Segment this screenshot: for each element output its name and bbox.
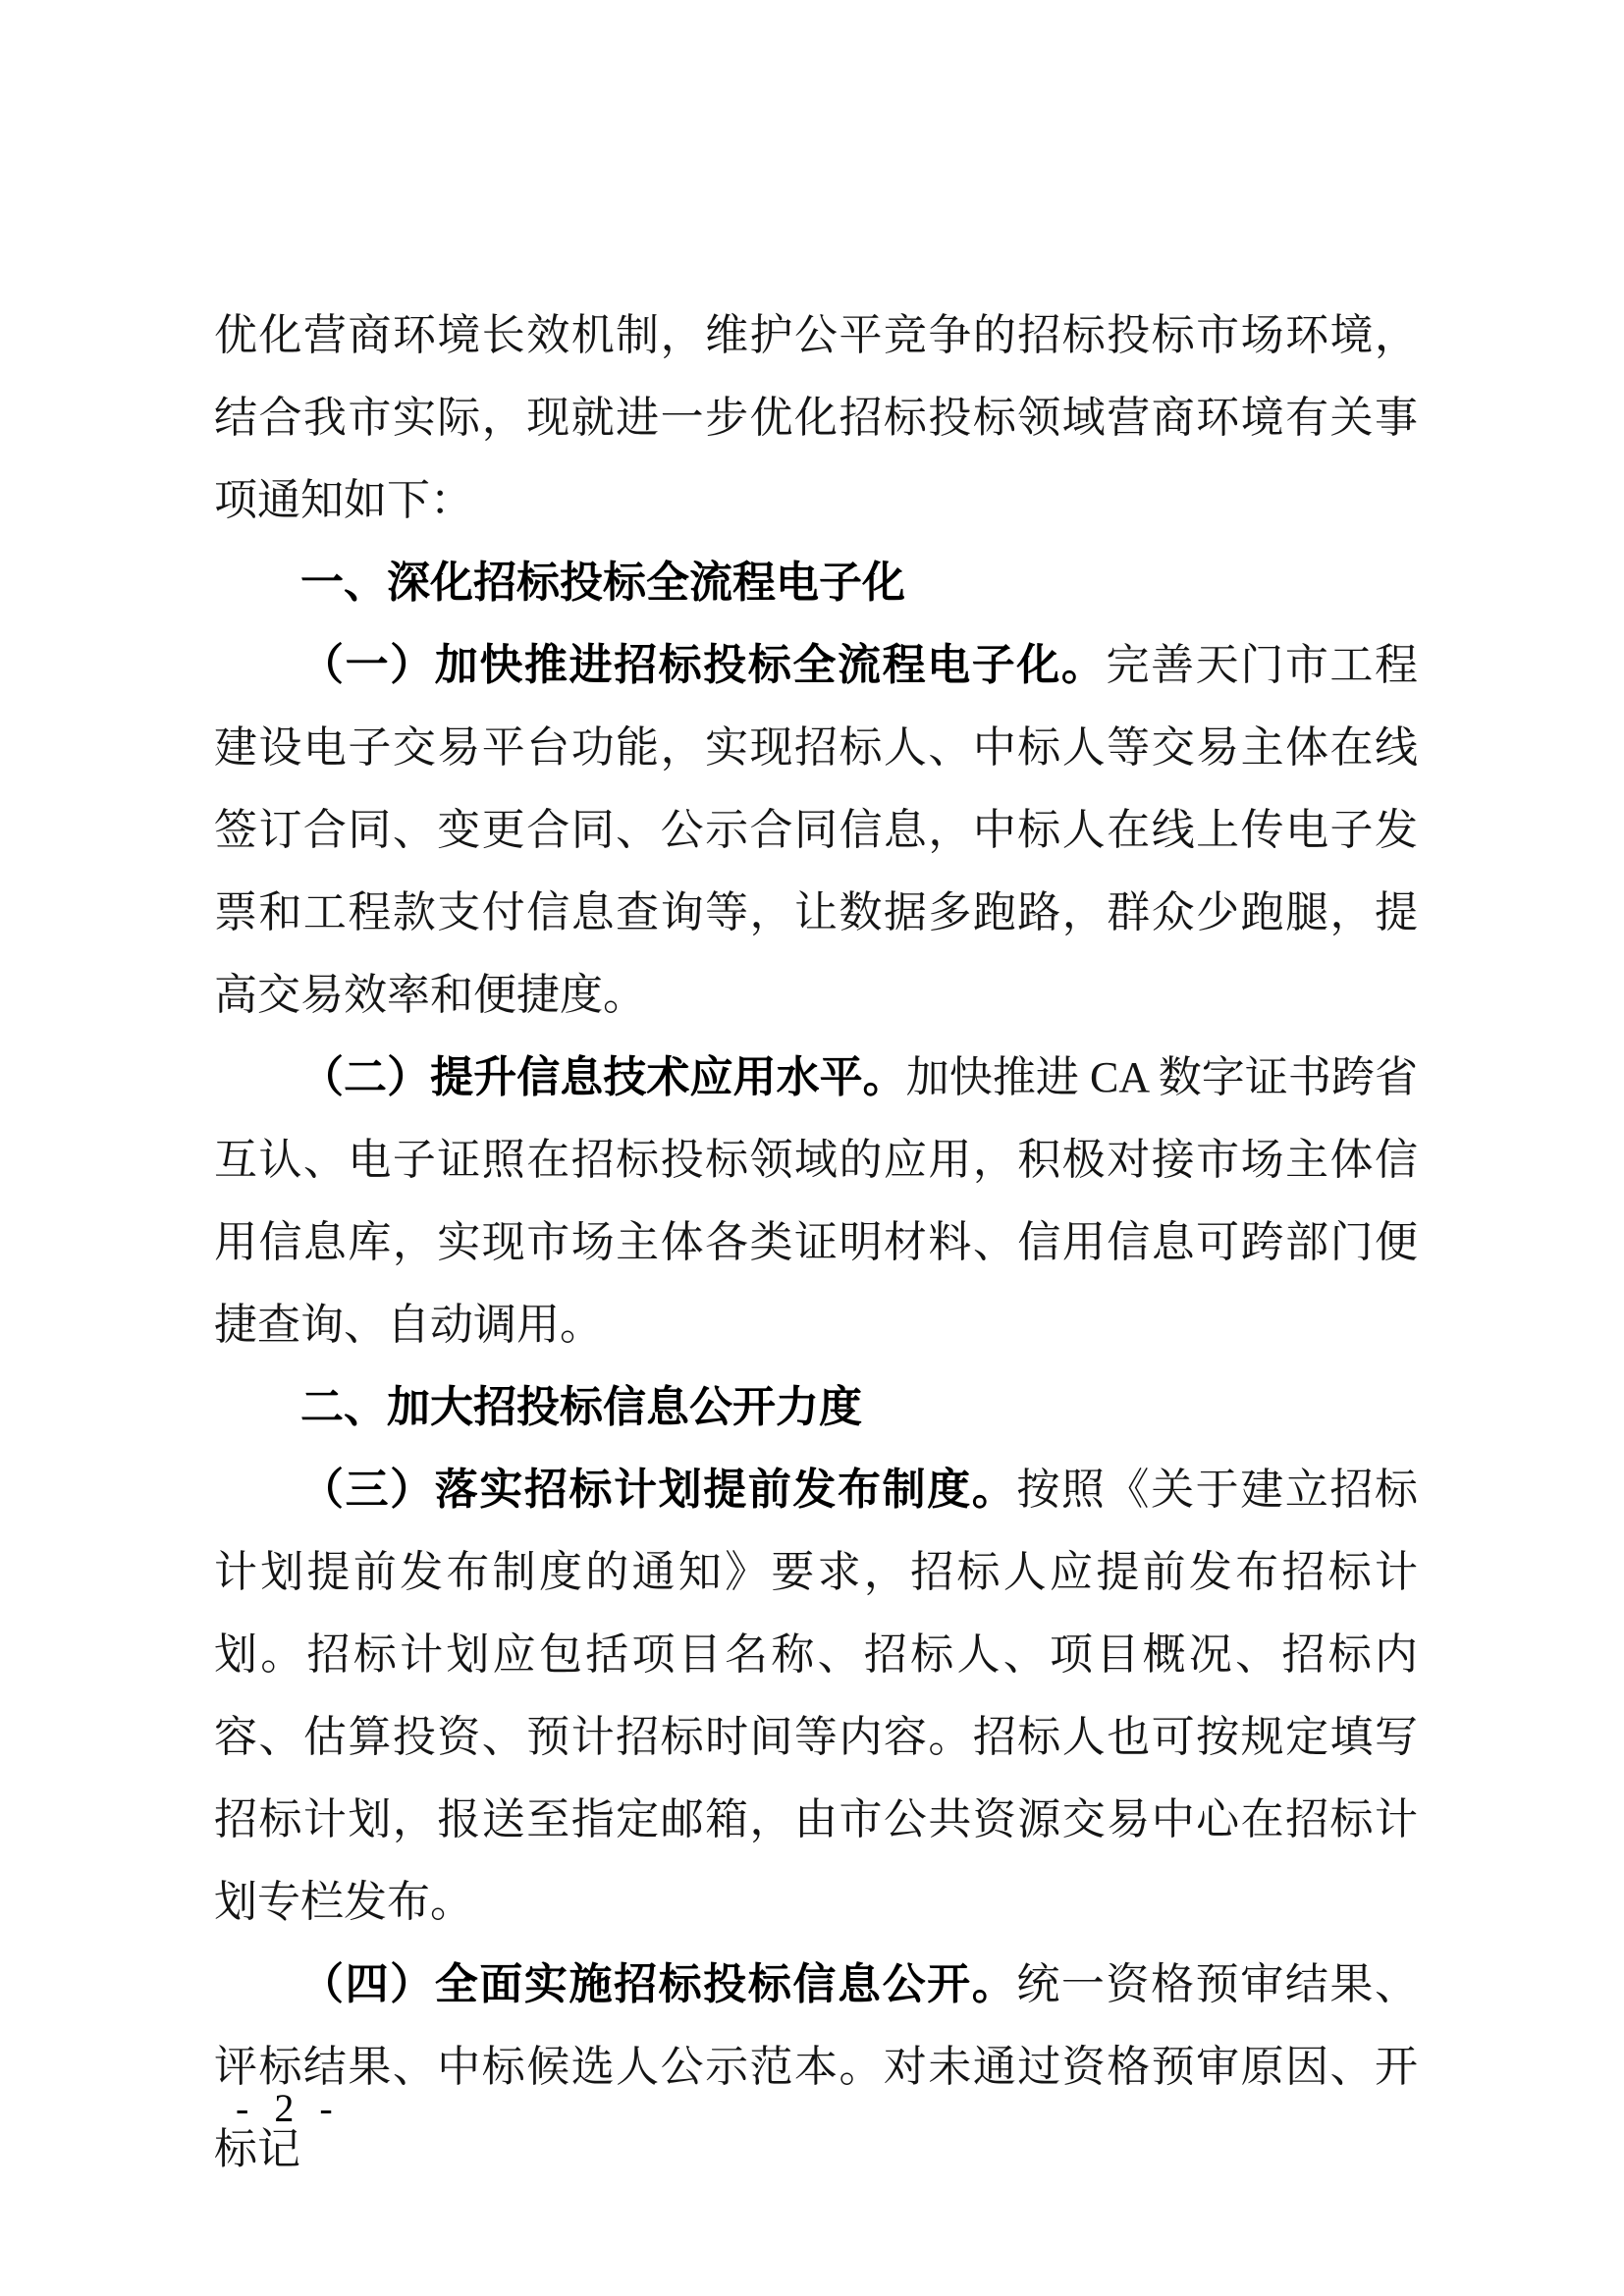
document-page: 优化营商环境长效机制，维护公平竞争的招标投标市场环境，结合我市实际，现就进一步优… bbox=[0, 0, 1624, 2296]
section-1-heading: 一、深化招标投标全流程电子化 bbox=[214, 542, 1418, 624]
paragraph-item-4: （四）全面实施招标投标信息公开。统一资格预审结果、评标结果、中标候选人公示范本。… bbox=[214, 1944, 1418, 2191]
page-number: - 2 - bbox=[236, 2085, 341, 2132]
paragraph-item-4-lead: （四）全面实施招标投标信息公开。 bbox=[300, 1960, 1016, 2008]
paragraph-item-3-lead: （三）落实招标计划提前发布制度。 bbox=[300, 1466, 1016, 1514]
paragraph-item-3: （三）落实招标计划提前发布制度。按照《关于建立招标计划提前发布制度的通知》要求，… bbox=[214, 1449, 1418, 1944]
section-2-heading: 二、加大招投标信息公开力度 bbox=[214, 1366, 1418, 1449]
paragraph-item-2: （二）提升信息技术应用水平。加快推进 CA 数字证书跨省互认、电子证照在招标投标… bbox=[214, 1037, 1418, 1366]
paragraph-item-3-text: 按照《关于建立招标计划提前发布制度的通知》要求，招标人应提前发布招标计划。招标计… bbox=[214, 1466, 1418, 1926]
paragraph-item-1-lead: （一）加快推进招标投标全流程电子化。 bbox=[300, 641, 1107, 689]
intro-paragraph: 优化营商环境长效机制，维护公平竞争的招标投标市场环境，结合我市实际，现就进一步优… bbox=[214, 294, 1418, 542]
paragraph-item-1: （一）加快推进招标投标全流程电子化。完善天门市工程建设电子交易平台功能，实现招标… bbox=[214, 624, 1418, 1037]
document-body: 优化营商环境长效机制，维护公平竞争的招标投标市场环境，结合我市实际，现就进一步优… bbox=[214, 294, 1418, 2191]
paragraph-item-1-text: 完善天门市工程建设电子交易平台功能，实现招标人、中标人等交易主体在线签订合同、变… bbox=[214, 641, 1418, 1019]
paragraph-item-2-lead: （二）提升信息技术应用水平。 bbox=[300, 1053, 906, 1101]
